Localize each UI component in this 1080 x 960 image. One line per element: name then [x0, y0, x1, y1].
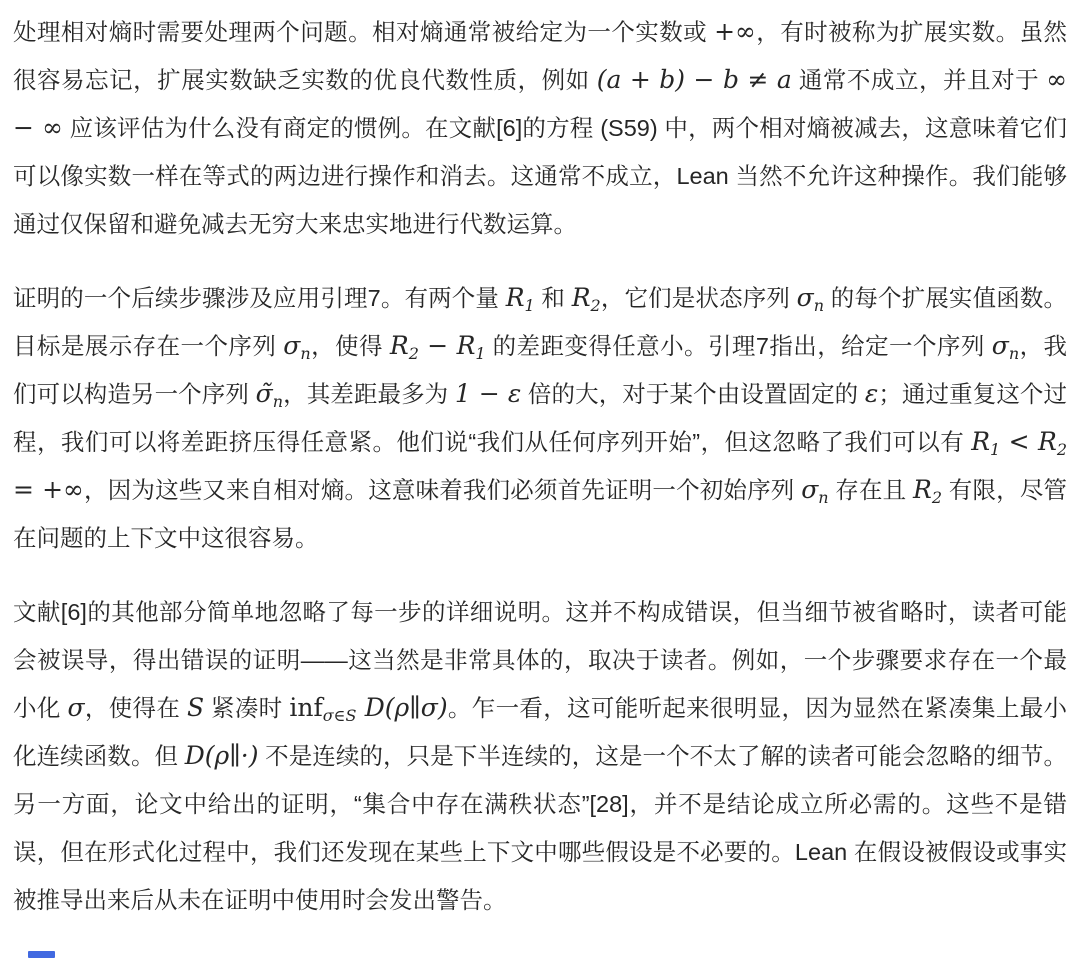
math-sub: 1	[475, 344, 485, 363]
text-run: ，因为这些又来自相对熵。这意味着我们必须首先证明一个初始序列	[84, 477, 801, 503]
text-run: 倍的大，对于某个由设置固定的	[521, 381, 865, 407]
paragraphs: 处理相对熵时需要处理两个问题。相对熵通常被给定为一个实数或 +∞，有时被称为扩展…	[13, 8, 1067, 924]
text-run: 通常不成立，并且对于	[792, 67, 1046, 93]
text-run: 处理相对熵时需要处理两个问题。相对熵通常被给定为一个实数或	[13, 19, 714, 45]
math-run: 1 − ε	[455, 379, 521, 408]
text-run: 紧凑时	[204, 695, 289, 721]
math-run: (a + b) − b ≠ a	[597, 65, 792, 94]
math-run: ε	[865, 379, 878, 408]
text-run: 和	[535, 285, 572, 311]
math-run: σ	[283, 331, 300, 360]
paragraph: 处理相对熵时需要处理两个问题。相对熵通常被给定为一个实数或 +∞，有时被称为扩展…	[13, 8, 1067, 248]
math-sub: n	[818, 488, 828, 507]
math-sub: 2	[1057, 440, 1067, 459]
math-run: R	[457, 331, 476, 360]
math-sub: 2	[932, 488, 942, 507]
math-run: +∞	[714, 17, 756, 46]
text-run: 存在且	[829, 477, 913, 503]
math-run: R	[1038, 427, 1057, 456]
math-sub: 1	[990, 440, 1000, 459]
paragraph: 证明的一个后续步骤涉及应用引理7。有两个量 R1 和 R2，它们是状态序列 σn…	[13, 274, 1067, 562]
text-run: 证明的一个后续步骤涉及应用引理7。有两个量	[13, 285, 506, 311]
paragraph: 文献[6]的其他部分简单地忽略了每一步的详细说明。这并不构成错误，但当细节被省略…	[13, 588, 1067, 924]
math-run: +∞	[42, 475, 84, 504]
text-run: ，其差距最多为	[283, 381, 455, 407]
text-run: ，使得在	[85, 695, 187, 721]
math-sub: n	[273, 392, 283, 411]
math-run: σ	[68, 693, 85, 722]
text-run: 的差距变得任意小。引理7指出，给定一个序列	[486, 333, 992, 359]
math-run: σ̃	[256, 379, 273, 408]
text-run: ，它们是状态序列	[601, 285, 797, 311]
math-run: inf	[289, 693, 322, 722]
text-run: ，使得	[311, 333, 390, 359]
math-run: −	[419, 331, 457, 360]
math-sub: σ∈S	[323, 706, 357, 725]
math-sub: n	[300, 344, 310, 363]
math-run: D(ρ∥·)	[185, 741, 259, 770]
math-run: R	[390, 331, 409, 360]
math-sub: n	[814, 296, 824, 315]
math-run: R	[572, 283, 591, 312]
truncated-link-fragment[interactable]	[28, 951, 55, 958]
math-run: R	[913, 475, 932, 504]
math-sub: 2	[409, 344, 419, 363]
math-run: σ	[797, 283, 814, 312]
math-sub: 2	[591, 296, 601, 315]
math-sub: n	[1009, 344, 1019, 363]
math-run: S	[187, 693, 204, 722]
text-run: 应该评估为什么没有商定的惯例。在文献[6]的方程 (S59) 中，两个相对熵被减…	[13, 115, 1067, 237]
math-run: <	[1000, 427, 1038, 456]
math-run: R	[971, 427, 990, 456]
math-run: D(ρ∥σ)	[356, 693, 447, 722]
math-sub: 1	[525, 296, 535, 315]
math-run: σ	[992, 331, 1009, 360]
math-run: R	[506, 283, 525, 312]
math-run: =	[13, 475, 42, 504]
math-run: σ	[801, 475, 818, 504]
document-page: 处理相对熵时需要处理两个问题。相对熵通常被给定为一个实数或 +∞，有时被称为扩展…	[0, 0, 1080, 924]
